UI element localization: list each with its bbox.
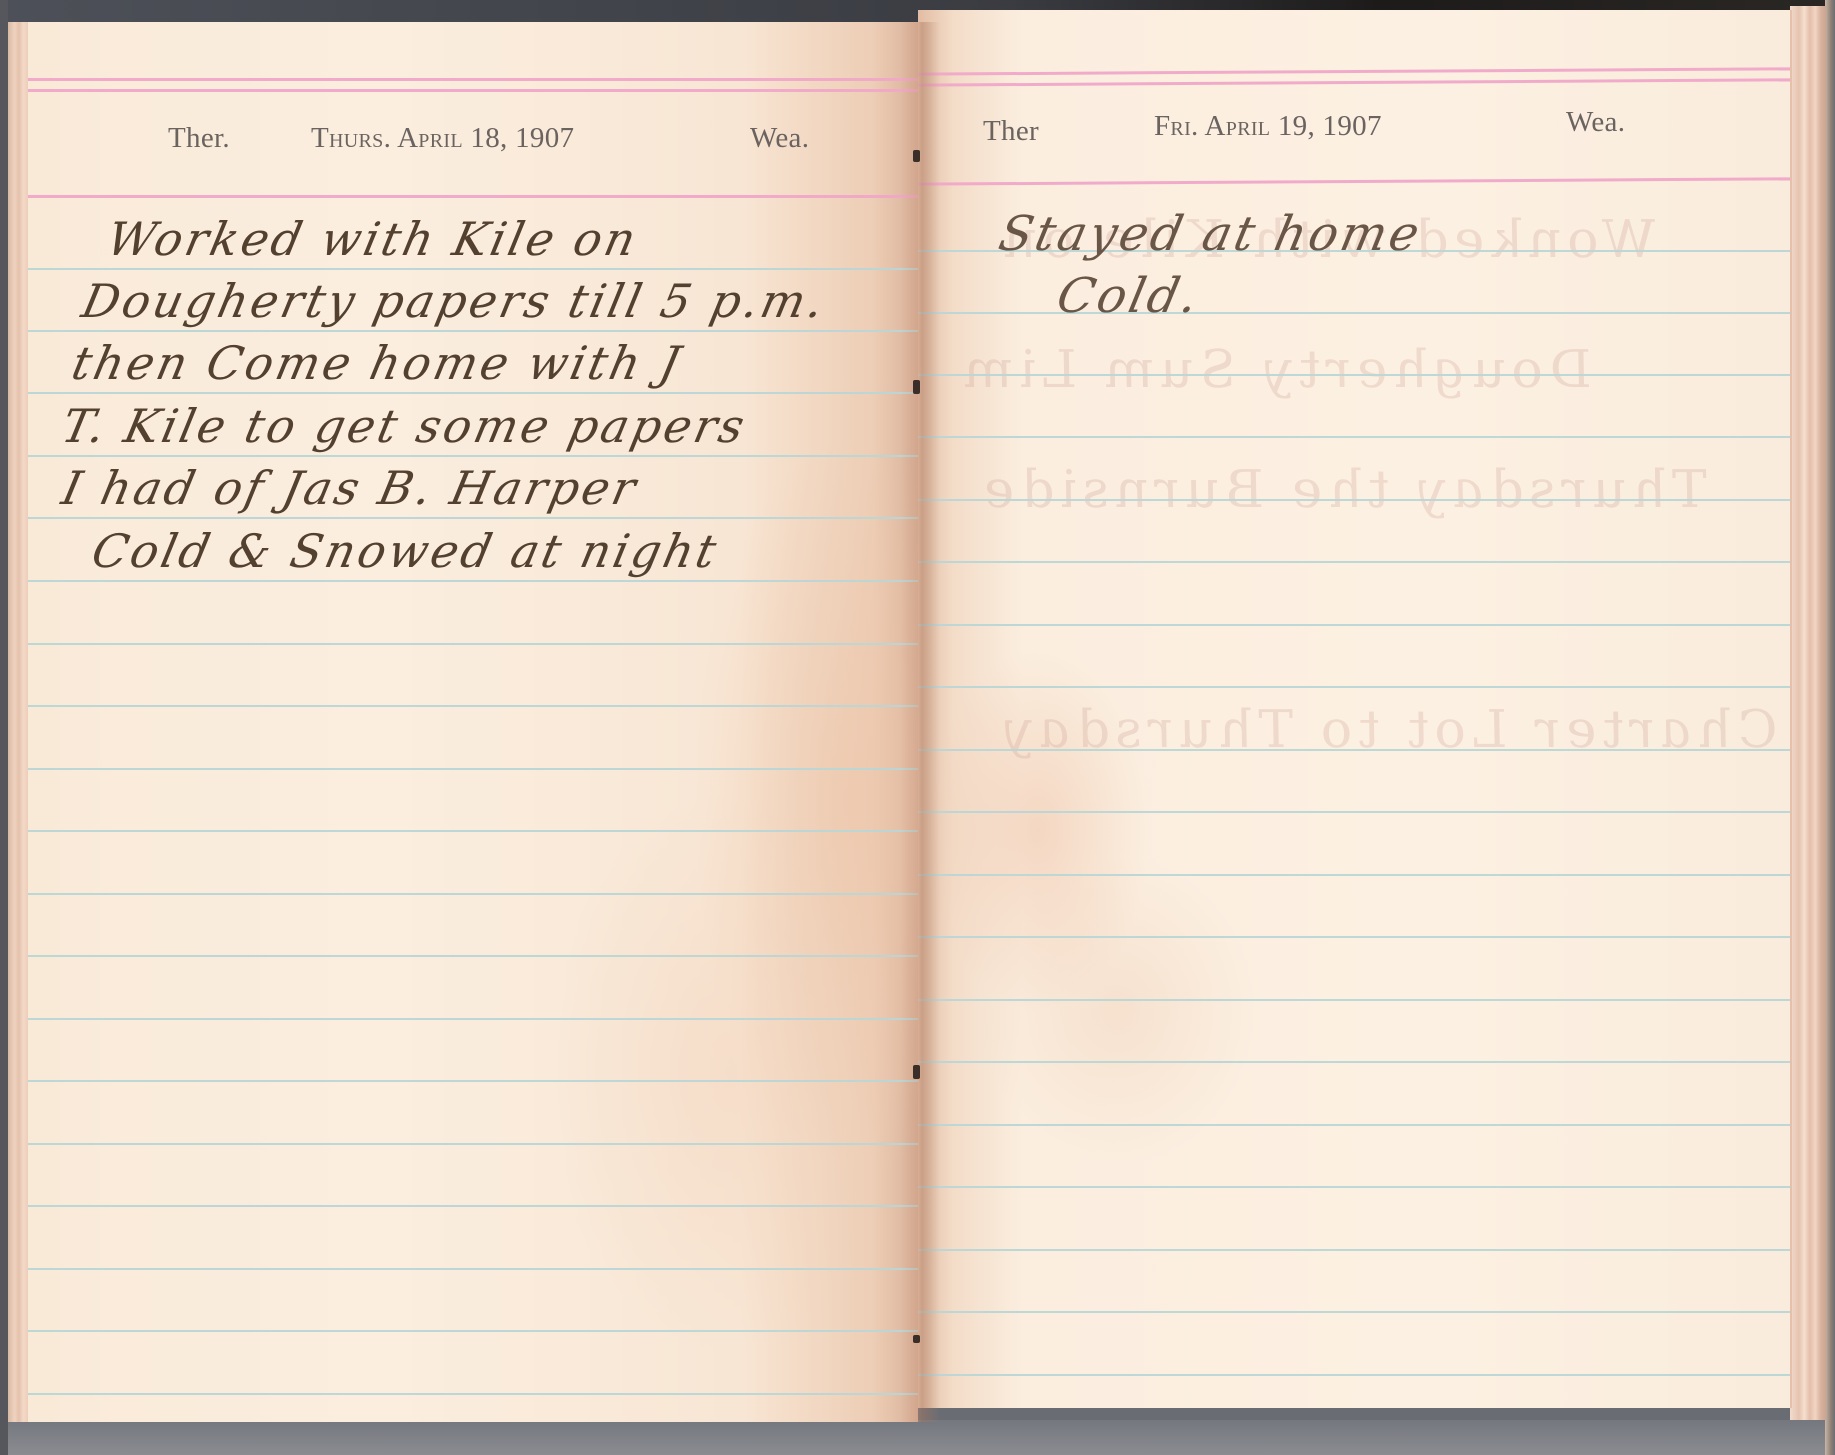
bleed-through-text: Thursday the Burnside: [973, 460, 1712, 520]
right-page: Ther Fri. April 19, 1907 Wea. Wonked wit…: [918, 10, 1792, 1408]
page-date: Thurs. April 18, 1907: [311, 122, 574, 154]
ruled-line: [28, 1018, 918, 1020]
entry-line: then Come home with J: [67, 336, 687, 390]
ruled-line: [918, 1124, 1790, 1126]
cover-left-edge: [0, 0, 8, 1455]
ther-label: Ther: [983, 115, 1039, 147]
ruled-line: [28, 705, 918, 707]
bleed-through-text: Dougherty Sum Lim: [953, 340, 1597, 400]
ther-label: Ther.: [168, 122, 230, 154]
ruled-line: [918, 1186, 1790, 1188]
ruled-line: [28, 893, 918, 895]
header-rule-top-2: [918, 78, 1790, 86]
ruled-line: [918, 312, 1790, 314]
ruled-line: [28, 330, 918, 332]
right-header: Ther: [983, 115, 1039, 148]
ruled-line: [28, 1330, 918, 1332]
header-rule-bottom: [918, 177, 1790, 185]
entry-line: Stayed at home: [994, 206, 1427, 262]
ruled-line: [918, 436, 1790, 438]
ruled-line: [28, 830, 918, 832]
ruled-line: [918, 936, 1790, 938]
ruled-line: [28, 643, 918, 645]
ruled-line: [28, 955, 918, 957]
wea-label: Wea.: [750, 122, 809, 154]
ruled-line: [28, 268, 918, 270]
entry-line: I had of Jas B. Harper: [57, 461, 643, 515]
ruled-line: [918, 624, 1790, 626]
ruled-line: [28, 1268, 918, 1270]
entry-line: Cold.: [1052, 268, 1206, 324]
ruled-line: [28, 580, 918, 582]
ruled-line: [918, 999, 1790, 1001]
ruled-line: [28, 517, 918, 519]
binding-stitch: [913, 1065, 920, 1079]
left-header-wea: Wea.: [750, 122, 809, 155]
right-header-date: Fri. April 19, 1907: [1154, 110, 1382, 143]
ruled-line: [28, 1205, 918, 1207]
binding-stitch: [913, 380, 920, 394]
header-rule-top: [28, 78, 918, 81]
cover-bottom-edge: [0, 1420, 1835, 1455]
entry-line: Worked with Kile on: [102, 212, 643, 266]
ruled-line: [28, 768, 918, 770]
ruled-line: [918, 1311, 1790, 1313]
ruled-line: [28, 455, 918, 457]
cover-right-edge: [1825, 0, 1835, 1455]
left-page: Ther. Thurs. April 18, 1907 Wea. Worked …: [28, 22, 918, 1422]
diary-scan: Ther. Thurs. April 18, 1907 Wea. Worked …: [0, 0, 1835, 1455]
ruled-line: [918, 1061, 1790, 1063]
ruled-line: [918, 374, 1790, 376]
ruled-line: [918, 749, 1790, 751]
ruled-line: [918, 499, 1790, 501]
bleed-through-text: Charter Lot to Thursday: [993, 700, 1783, 760]
ruled-line: [28, 1080, 918, 1082]
header-rule-top-2: [28, 89, 918, 92]
ruled-line: [28, 1393, 918, 1395]
header-rule-bottom: [28, 195, 918, 198]
ruled-line: [918, 1249, 1790, 1251]
binding-stitch: [913, 1335, 920, 1343]
binding-stitch: [913, 150, 920, 162]
entry-line: Dougherty papers till 5 p.m.: [77, 274, 831, 328]
entry-line: T. Kile to get some papers: [57, 399, 752, 453]
ruled-line: [918, 561, 1790, 563]
ruled-line: [918, 1374, 1790, 1376]
entry-line: Cold & Snowed at night: [87, 524, 724, 578]
header-rule-top: [918, 67, 1790, 75]
right-page-stack: [1790, 6, 1826, 1420]
ruled-line: [28, 1143, 918, 1145]
right-header-wea: Wea.: [1566, 106, 1625, 139]
wea-label: Wea.: [1566, 106, 1625, 138]
ruled-line: [918, 686, 1790, 688]
ruled-line: [918, 811, 1790, 813]
ruled-line: [28, 392, 918, 394]
page-date: Fri. April 19, 1907: [1154, 110, 1382, 142]
ruled-line: [918, 874, 1790, 876]
left-header-date: Thurs. April 18, 1907: [311, 122, 574, 155]
left-header: Ther.: [168, 122, 230, 155]
